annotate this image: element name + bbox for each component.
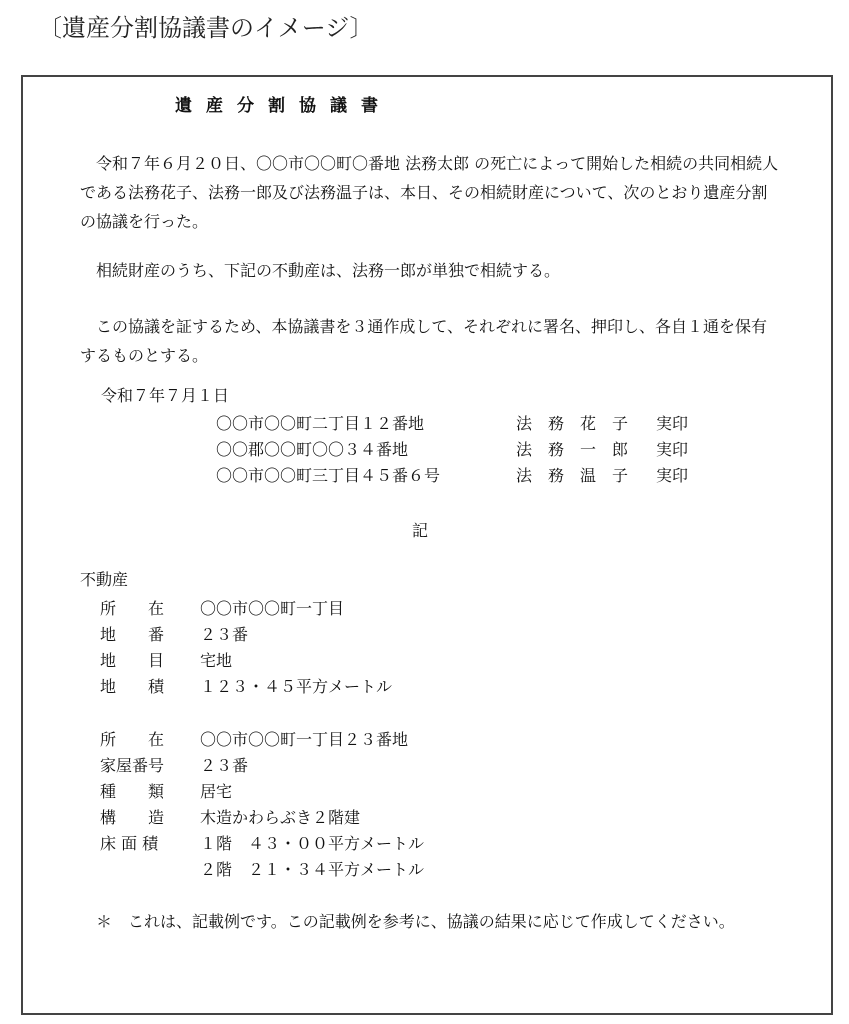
property-value: 〇〇市〇〇町一丁目２３番地 (200, 727, 408, 753)
property-label: 構 造 (80, 805, 200, 831)
property-value: １階 ４３・００平方メートル (200, 831, 424, 857)
building-row-floor-area-2: ２階 ２１・３４平方メートル (80, 857, 424, 883)
property-value: 〇〇市〇〇町一丁目 (200, 596, 344, 622)
property-label: 地 番 (80, 622, 200, 648)
property-label: 所 在 (80, 596, 200, 622)
signatory-address: 〇〇郡〇〇町〇〇３４番地 (216, 437, 516, 463)
property-value: 居宅 (200, 779, 232, 805)
land-row-lot-number: 地 番 ２３番 (80, 622, 248, 648)
signatory-seal: 実印 (656, 411, 688, 437)
signatory-row: 〇〇市〇〇町三丁目４５番６号 法務温子 実印 (216, 463, 688, 489)
land-row-area: 地 積 １２３・４５平方メートル (80, 674, 392, 700)
property-label: 地 目 (80, 648, 200, 674)
signatory-name: 法務温子 (516, 463, 656, 489)
property-value: 宅地 (200, 648, 232, 674)
building-row-floor-area-1: 床 面 積 １階 ４３・００平方メートル (80, 831, 424, 857)
property-value: ２階 ２１・３４平方メートル (200, 857, 424, 883)
paragraph-inheritance-decision: 相続財産のうち、下記の不動産は、法務一郎が単独で相続する。 (80, 256, 780, 285)
signatory-address: 〇〇市〇〇町三丁目４５番６号 (216, 463, 516, 489)
paragraph-copies-statement: この協議を証するため、本協議書を３通作成して、それぞれに署名、押印し、各自１通を… (80, 312, 780, 370)
property-label: 所 在 (80, 727, 200, 753)
example-note: ＊ これは、記載例です。この記載例を参考に、協議の結果に応じて作成してください。 (80, 907, 780, 936)
property-label: 地 積 (80, 674, 200, 700)
image-caption: 〔遺産分割協議書のイメージ〕 (38, 8, 374, 43)
signatory-seal: 実印 (656, 463, 688, 489)
building-row-house-number: 家屋番号 ２３番 (80, 753, 248, 779)
property-value: ２３番 (200, 622, 248, 648)
signatory-row: 〇〇市〇〇町二丁目１２番地 法務花子 実印 (216, 411, 688, 437)
agreement-date: 令和７年７月１日 (101, 386, 229, 406)
signatory-seal: 実印 (656, 437, 688, 463)
building-row-structure: 構 造 木造かわらぶき２階建 (80, 805, 360, 831)
signatory-name: 法務一郎 (516, 437, 656, 463)
property-value: １２３・４５平方メートル (200, 674, 392, 700)
ki-heading: 記 (412, 521, 428, 541)
signatory-row: 〇〇郡〇〇町〇〇３４番地 法務一郎 実印 (216, 437, 688, 463)
building-row-location: 所 在 〇〇市〇〇町一丁目２３番地 (80, 727, 408, 753)
property-label: 家屋番号 (80, 753, 200, 779)
signatory-address: 〇〇市〇〇町二丁目１２番地 (216, 411, 516, 437)
building-row-type: 種 類 居宅 (80, 779, 232, 805)
document-title: 遺産分割協議書 (175, 96, 392, 116)
signatory-name: 法務花子 (516, 411, 656, 437)
property-label (80, 857, 200, 883)
land-row-location: 所 在 〇〇市〇〇町一丁目 (80, 596, 344, 622)
paragraph-agreement-intro: 令和７年６月２０日、〇〇市〇〇町〇番地 法務太郎 の死亡によって開始した相続の共… (80, 149, 780, 236)
property-label: 種 類 (80, 779, 200, 805)
property-value: ２３番 (200, 753, 248, 779)
property-heading: 不動産 (80, 570, 128, 590)
land-row-category: 地 目 宅地 (80, 648, 232, 674)
property-value: 木造かわらぶき２階建 (200, 805, 360, 831)
property-label: 床 面 積 (80, 831, 200, 857)
